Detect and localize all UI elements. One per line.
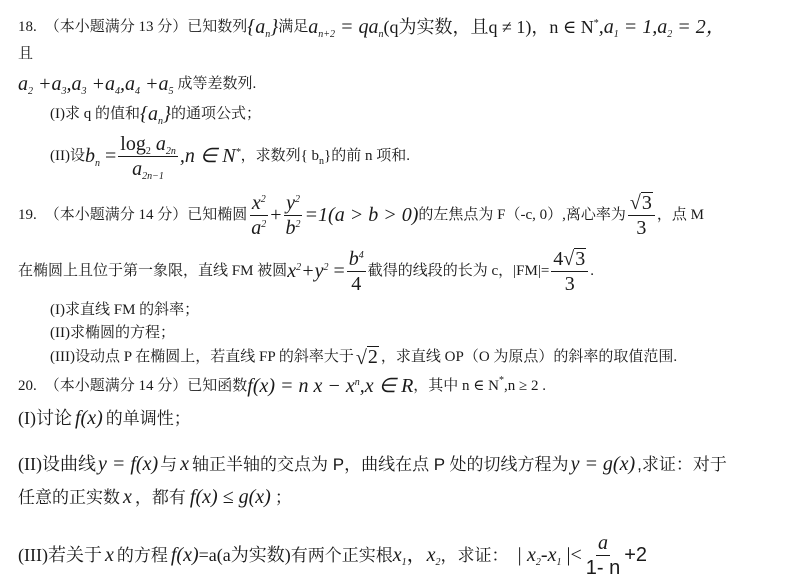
problem-18-line-3: a2 +a3,a3 +a4,a4 +a5 成等差数列. (18, 70, 256, 98)
math-ineq: f(x) ≤ g(x) (190, 487, 271, 507)
math-roots: x1，x2 (393, 545, 441, 565)
problem-19-part-2: (II)求椭圆的方程； (50, 323, 175, 343)
text: 的通项公式； (171, 107, 261, 122)
part-label: (II)设 (50, 149, 85, 164)
problem-19-part-3: (III)设动点 P 在椭圆上，若直线 FP 的斜率大于 √2 ，求直线 OP（… (50, 344, 677, 370)
text: 任意的正实数 (18, 489, 120, 506)
text: ，点 M (657, 208, 704, 223)
math-eq: =a(a为实数) (199, 546, 291, 564)
math-abs: | x2-x1 |< (517, 545, 582, 565)
math-recurrence: an+2 = qan (308, 17, 383, 37)
problem-20-part-2-line-2: 任意的正实数 x ，都有 f(x) ≤ g(x) ； (18, 483, 292, 511)
text: ，其中 n ∈ N*,n ≥ 2 . (413, 379, 546, 394)
part-text: (II)求椭圆的方程； (50, 326, 175, 341)
problem-header: （本小题满分 14 分）已知函数 (45, 379, 248, 394)
text: +2 (624, 545, 647, 565)
math-eq: y = g(x) (571, 454, 636, 474)
text: . (590, 264, 594, 279)
problem-20-line-1: 20. （本小题满分 14 分）已知函数 f(x) = n x − xn,x ∈… (18, 373, 546, 399)
math-function: f(x) = n x − xn,x ∈ R (247, 376, 413, 396)
plus: + (270, 205, 281, 225)
problem-number: 19. (18, 208, 37, 223)
math-fraction: log2 a2n a2n−1 (118, 133, 178, 180)
part-label: (I)讨论 (18, 409, 72, 427)
math-bn: bn = (85, 146, 116, 166)
text: 的单调性； (106, 410, 191, 427)
problem-20-part-2: (II)设曲线 y = f(x) 与 x 轴正半轴的交点为 P，曲线在点 P 处… (18, 450, 727, 478)
text: 的方程 (117, 547, 168, 564)
math-fm-length: 4√3 3 (551, 248, 588, 295)
math-domain: ,n ∈ N* (180, 146, 241, 166)
math-seq: {an} (247, 17, 278, 37)
text: 轴正半轴的交点为 P，曲线在点 P 处的切线方程为 (192, 456, 569, 473)
math-initial: ,a1 = 1,a2 = 2， (599, 17, 726, 37)
problem-18-line-1: 18. （本小题满分 13 分）已知数列 {an} 满足 an+2 = qan … (18, 12, 726, 42)
math-rhs: =1(a > b > 0) (305, 205, 419, 225)
problem-header: （本小题满分 13 分）已知数列 (45, 20, 248, 35)
problem-header: （本小题满分 14 分）已知椭圆 (45, 208, 248, 223)
text: 与 (160, 456, 177, 473)
text: 有两个正实根 (291, 547, 393, 564)
problem-20-part-1: (I)讨论 f(x) 的单调性； (18, 404, 191, 432)
text: ，求证： (441, 547, 509, 564)
text: ，都有 (135, 489, 186, 506)
math-seq: {an} (140, 104, 171, 124)
problem-number: 18. (18, 20, 37, 35)
math-sums: a2 +a3,a3 +a4,a4 +a5 (18, 74, 174, 94)
math-condition: (q为实数，且q ≠ 1)，n ∈ N* (384, 18, 599, 36)
text: ； (275, 489, 292, 506)
part-label: (I)求 q 的值和 (50, 107, 140, 122)
text: 的左焦点为 F（-c, 0）,离心率为 (418, 208, 626, 223)
problem-19-line-1: 19. （本小题满分 14 分）已知椭圆 x2 a2 + y2 b2 =1(a … (18, 188, 704, 242)
text: 成等差数列. (178, 77, 257, 92)
problem-18-line-2: 且 (18, 44, 33, 64)
math-sqrt2: √2 (356, 346, 379, 368)
math-x: x (105, 545, 114, 565)
math-fraction-x: x2 a2 (249, 192, 268, 239)
text: 满足 (278, 20, 308, 35)
text: 在椭圆上且位于第一象限，直线 FM 被圆 (18, 264, 287, 279)
text: ，求直线 OP（O 为原点）的斜率的取值范围. (381, 350, 677, 365)
text: ，求数列{ bn}的前 n 项和. (241, 149, 410, 164)
math-fx: f(x) (75, 408, 103, 428)
math-fx: f(x) (171, 545, 199, 565)
math-fraction: b4 4 (347, 248, 366, 295)
math-circle: x2+y2 = (287, 261, 345, 281)
part-text: (III)设动点 P 在椭圆上，若直线 FP 的斜率大于 (50, 350, 354, 365)
math-x: x (180, 454, 189, 474)
problem-19-line-2: 在椭圆上且位于第一象限，直线 FM 被圆 x2+y2 = b4 4 截得的线段的… (18, 246, 594, 296)
text: 截得的线段的长为 c，|FM|= (368, 264, 550, 279)
math-eccentricity: √3 3 (628, 192, 655, 239)
problem-number: 20. (18, 379, 37, 394)
problem-18-part-1: (I)求 q 的值和 {an} 的通项公式； (50, 102, 261, 126)
math-fraction: a 1- n (584, 532, 622, 579)
problem-18-part-2: (II)设 bn = log2 a2n a2n−1 ,n ∈ N* ，求数列{ … (50, 130, 410, 182)
problem-20-part-3: (III)若关于 x 的方程 f(x) =a(a为实数) 有两个正实根 x1，x… (18, 532, 647, 578)
text: 且 (18, 47, 33, 62)
math-fraction-y: y2 b2 (284, 192, 303, 239)
problem-19-part-1: (I)求直线 FM 的斜率； (50, 300, 199, 320)
math-eq: y = f(x) (98, 454, 158, 474)
part-label: (III)若关于 (18, 546, 102, 564)
math-x: x (123, 487, 132, 507)
text: ,求证：对于 (637, 456, 727, 473)
part-label: (II)设曲线 (18, 455, 96, 473)
part-text: (I)求直线 FM 的斜率； (50, 303, 199, 318)
